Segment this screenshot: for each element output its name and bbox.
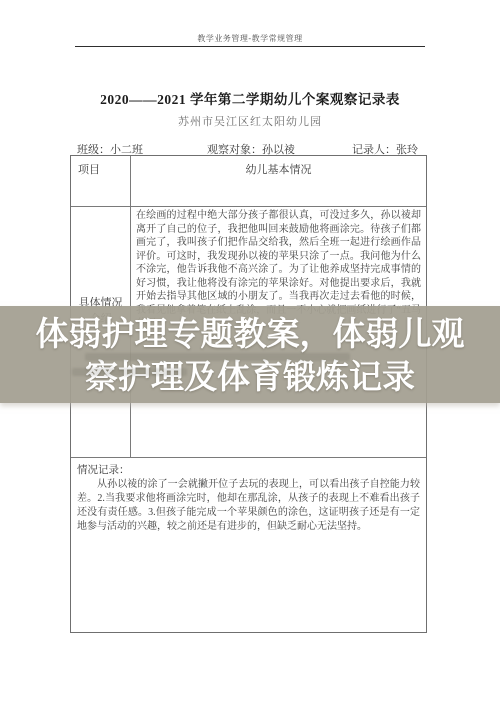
record-heading: 情况记录： [77, 462, 420, 477]
header-divider-line [75, 46, 425, 47]
record-content: 从孙以祾的涂了一会就撇开位子去玩的表现上，可以看出孩子自控能力较差。2.当我要求… [77, 478, 420, 534]
table-row-record: 情况记录： 从孙以祾的涂了一会就撇开位子去玩的表现上，可以看出孩子自控能力较差。… [71, 458, 426, 632]
banner-text-line1: 体弱护理专题教案，体弱儿观 [36, 312, 465, 355]
table-row-project: 项目 幼儿基本情况 [71, 156, 426, 207]
document-page: 教学业务管理-教学常规管理 2020——2021 学年第二学期幼儿个案观察记录表… [0, 0, 500, 707]
page-header-note: 教学业务管理-教学常规管理 [0, 33, 500, 44]
document-subtitle: 苏州市吴江区红太阳幼儿园 [0, 113, 500, 129]
bleed-through-text-line [72, 368, 187, 376]
document-title: 2020——2021 学年第二学期幼儿个案观察记录表 [0, 88, 500, 108]
project-label-cell: 项目 [71, 156, 131, 206]
basic-info-header-cell: 幼儿基本情况 [131, 156, 426, 206]
bleed-through-text-line [85, 353, 350, 361]
